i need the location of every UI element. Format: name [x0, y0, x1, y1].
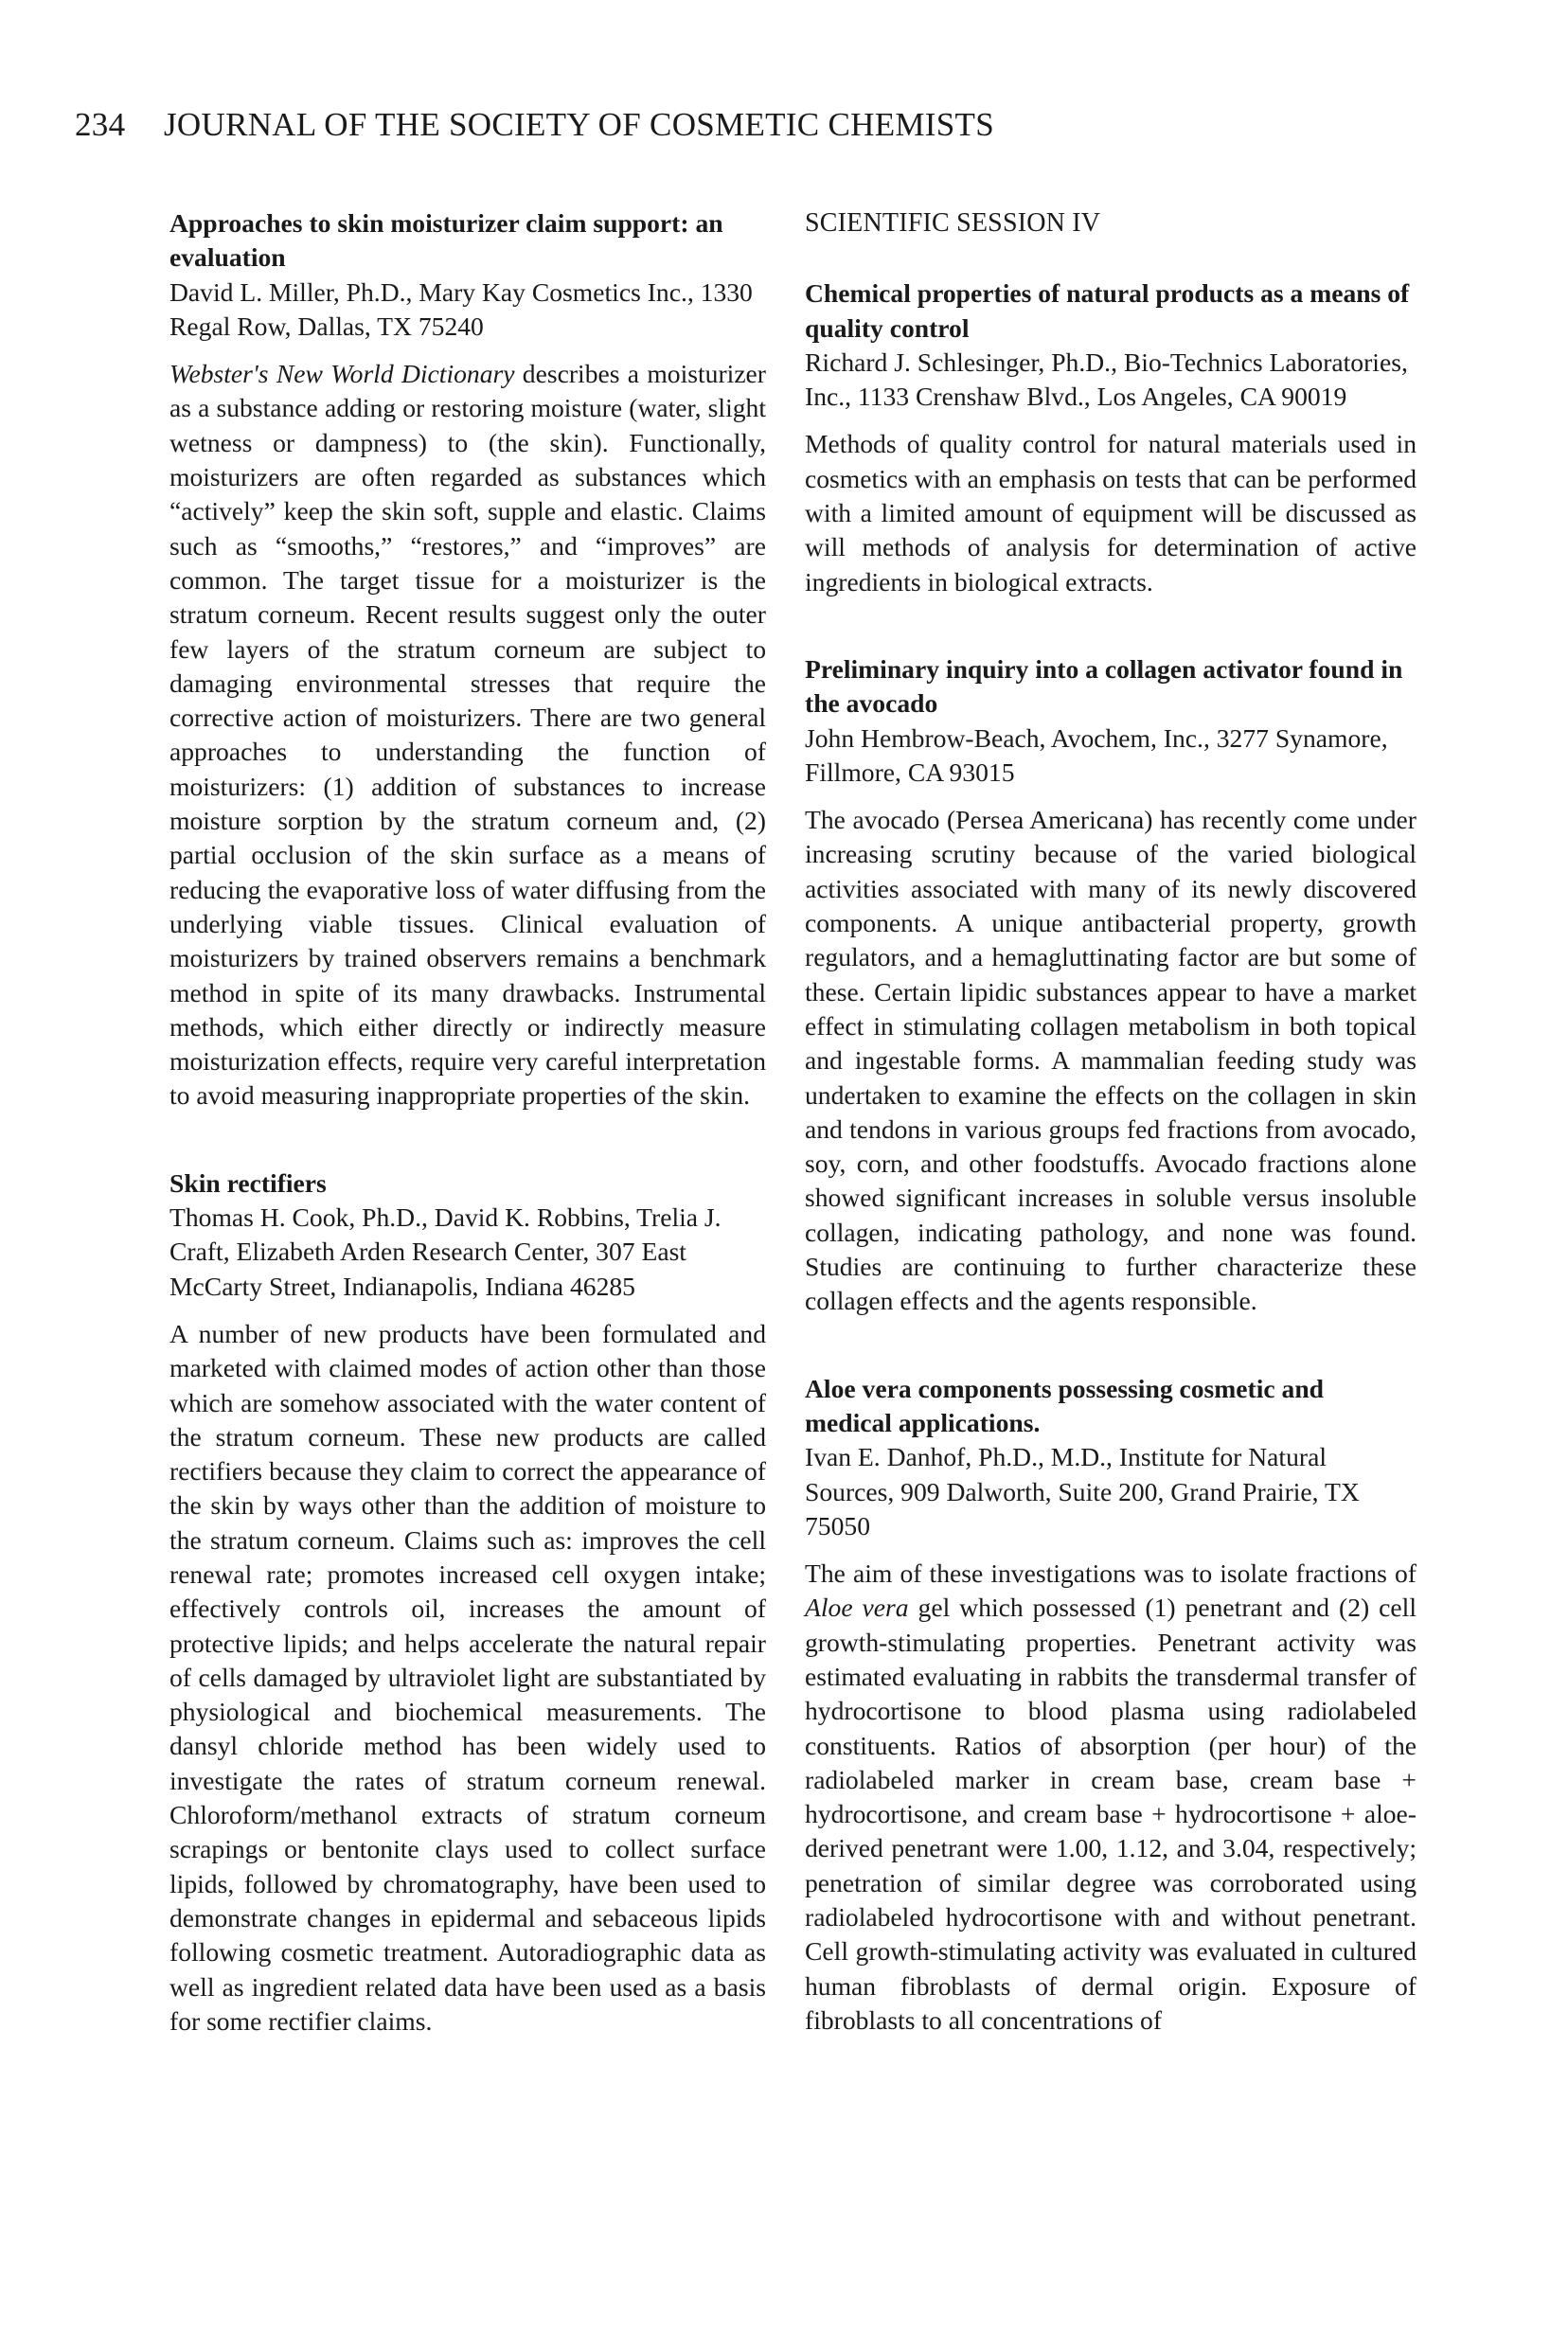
abstract-authors: David L. Miller, Ph.D., Mary Kay Cosmeti… [169, 276, 766, 345]
abstract-body: The avocado (Persea Americana) has recen… [805, 803, 1417, 1318]
running-header: 234JOURNAL OF THE SOCIETY OF COSMETIC CH… [75, 106, 1495, 144]
species-name: Aloe vera [805, 1593, 909, 1622]
abstract-quality-control: Chemical properties of natural products … [805, 276, 1417, 599]
left-column: Approaches to skin moisturizer claim sup… [169, 206, 766, 2092]
abstract-skin-rectifiers: Skin rectifiers Thomas H. Cook, Ph.D., D… [169, 1167, 766, 2039]
abstract-moisturizer-claims: Approaches to skin moisturizer claim sup… [169, 206, 766, 1113]
abstract-title: Preliminary inquiry into a collagen acti… [805, 652, 1417, 721]
abstract-title: Approaches to skin moisturizer claim sup… [169, 206, 766, 276]
abstract-aloe-vera: Aloe vera components possessing cosmetic… [805, 1372, 1417, 2039]
abstract-authors: Thomas H. Cook, Ph.D., David K. Robbins,… [169, 1201, 766, 1304]
dictionary-title: Webster's New World Dictionary [169, 359, 515, 388]
abstract-body: Methods of quality control for natural m… [805, 427, 1417, 598]
abstract-body-text: The aim of these investigations was to i… [805, 1558, 1417, 1588]
abstract-body: The aim of these investigations was to i… [805, 1557, 1417, 2038]
abstract-body: Webster's New World Dictionary describes… [169, 357, 766, 1113]
abstract-title: Chemical properties of natural products … [805, 276, 1417, 346]
abstract-body-text: describes a moisturizer as a substance a… [169, 359, 766, 1110]
abstract-avocado-collagen: Preliminary inquiry into a collagen acti… [805, 652, 1417, 1319]
session-heading: SCIENTIFIC SESSION IV [805, 206, 1417, 240]
abstract-authors: Richard J. Schlesinger, Ph.D., Bio-Techn… [805, 346, 1417, 415]
abstract-title: Aloe vera components possessing cosmetic… [805, 1372, 1417, 1441]
abstract-authors: John Hembrow-Beach, Avochem, Inc., 3277 … [805, 721, 1417, 791]
right-column: SCIENTIFIC SESSION IV Chemical propertie… [805, 206, 1417, 2091]
abstract-title: Skin rectifiers [169, 1167, 766, 1201]
journal-title: JOURNAL OF THE SOCIETY OF COSMETIC CHEMI… [164, 106, 994, 143]
abstract-authors: Ivan E. Danhof, Ph.D., M.D., Institute f… [805, 1440, 1417, 1543]
abstract-body-text: gel which possessed (1) penetrant and (2… [805, 1593, 1417, 2035]
abstract-body: A number of new products have been formu… [169, 1317, 766, 2039]
page-number: 234 [75, 106, 164, 144]
